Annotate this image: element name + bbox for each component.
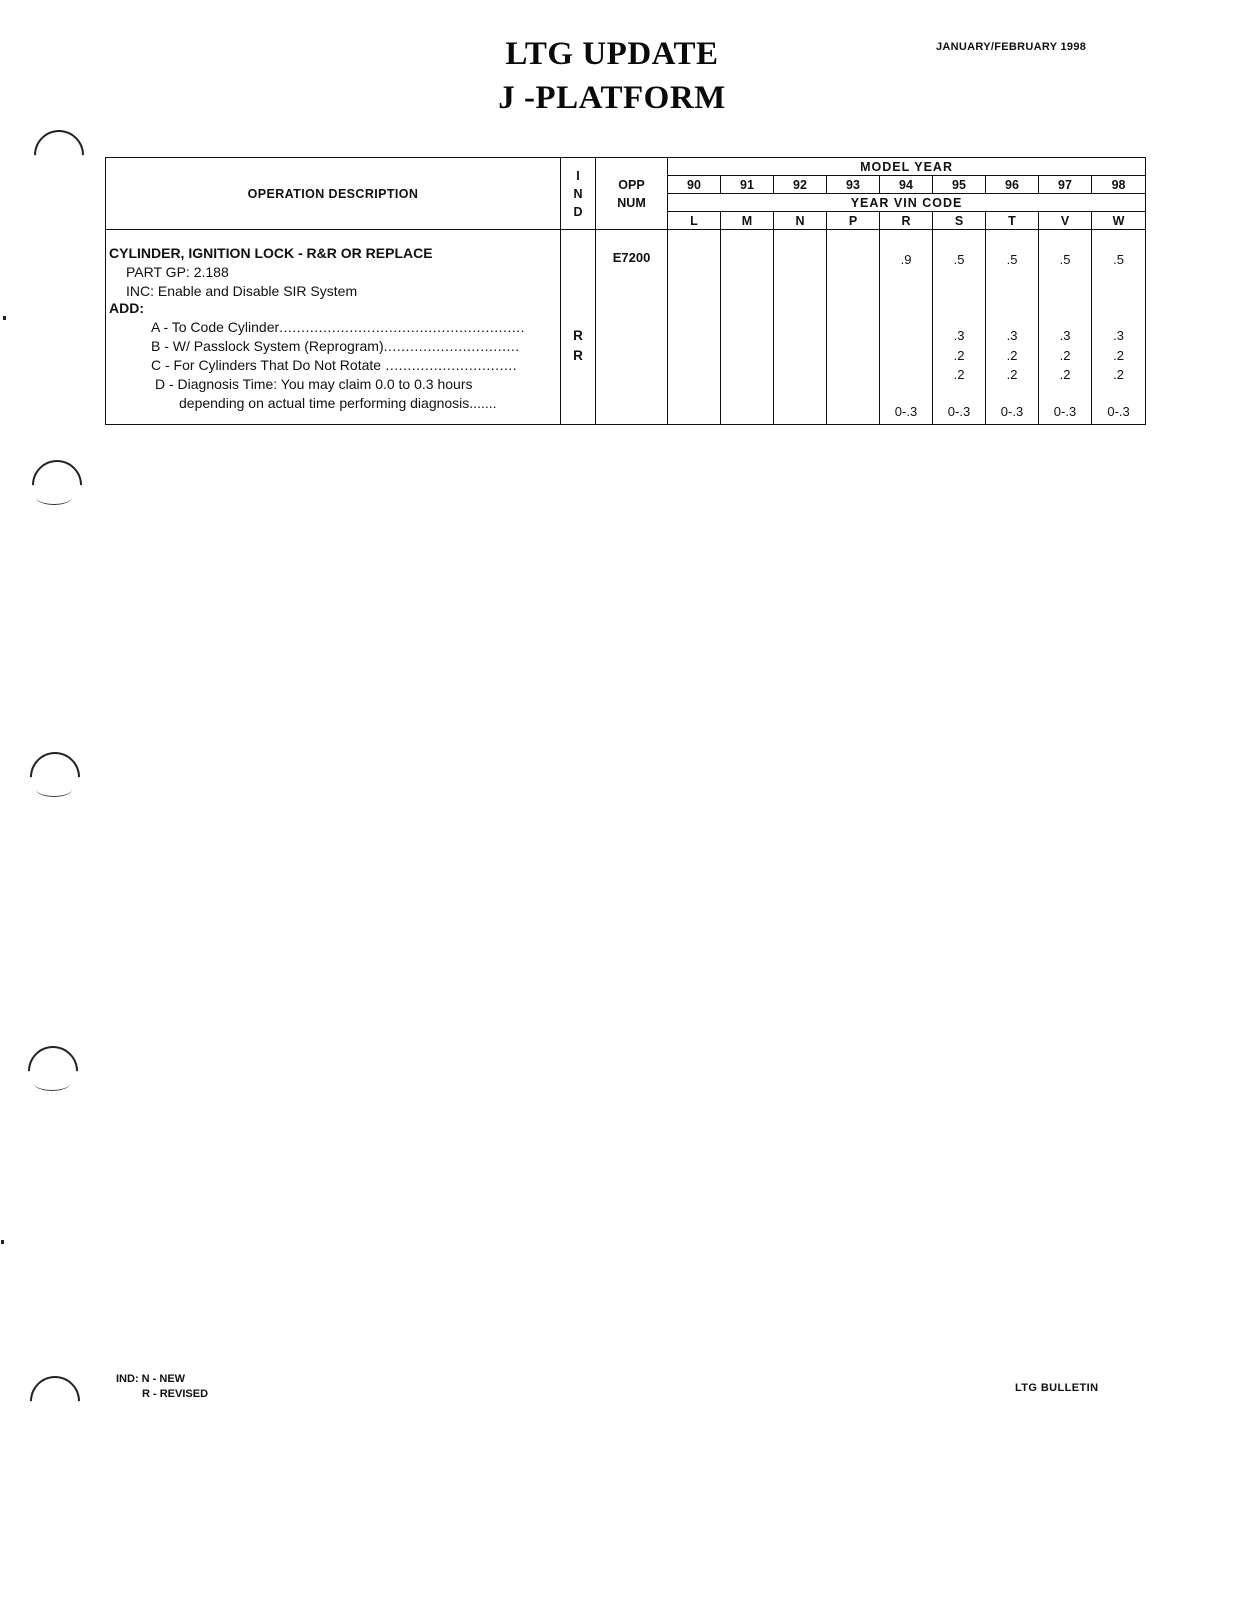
model-year-96: 96 xyxy=(986,176,1039,194)
add-time-value: .2 xyxy=(933,367,985,382)
model-year-91: 91 xyxy=(721,176,774,194)
add-time-value: .3 xyxy=(933,328,985,343)
model-year-97: 97 xyxy=(1039,176,1092,194)
base-time-value: .5 xyxy=(1092,252,1145,267)
part-group: PART GP: 2.188 xyxy=(109,263,560,282)
add-time-value: 0-.3 xyxy=(986,404,1038,419)
binder-hole-mark xyxy=(20,742,91,813)
ind-cell: RR xyxy=(561,230,596,425)
model-year-98: 98 xyxy=(1092,176,1146,194)
vin-code-p: P xyxy=(827,212,880,230)
binder-hole-mark xyxy=(20,1366,91,1437)
vin-code-v: V xyxy=(1039,212,1092,230)
model-year-92: 92 xyxy=(774,176,827,194)
header-year-vin-code: YEAR VIN CODE xyxy=(668,194,1146,212)
year-column-90 xyxy=(668,230,721,425)
add-time-value: .2 xyxy=(986,367,1038,382)
header-opp-num: OPP NUM xyxy=(596,158,668,230)
header-ind: I N D xyxy=(561,158,596,230)
vin-code-w: W xyxy=(1092,212,1146,230)
add-item-c: C - For Cylinders That Do Not Rotate ...… xyxy=(109,356,560,375)
bulletin-label: LTG BULLETIN xyxy=(1015,1382,1098,1394)
header-ind-i: I xyxy=(561,167,595,185)
add-item-d-continued: depending on actual time performing diag… xyxy=(109,394,560,413)
ind-flag: R xyxy=(561,348,595,363)
page-title-line-2: J -PLATFORM xyxy=(0,80,1224,117)
operation-title: CYLINDER, IGNITION LOCK - R&R OR REPLACE xyxy=(109,244,560,263)
model-year-95: 95 xyxy=(933,176,986,194)
binder-hole-mark xyxy=(24,120,95,191)
opp-num-cell: E7200 xyxy=(596,230,668,425)
vin-code-n: N xyxy=(774,212,827,230)
binder-hole-mark xyxy=(34,1076,70,1091)
year-column-92 xyxy=(774,230,827,425)
year-column-91 xyxy=(721,230,774,425)
add-time-value: .3 xyxy=(986,328,1038,343)
header-model-year: MODEL YEAR xyxy=(668,158,1146,176)
add-time-value: .2 xyxy=(1039,348,1091,363)
base-time-value: .5 xyxy=(1039,252,1091,267)
vin-code-r: R xyxy=(880,212,933,230)
add-time-value: .2 xyxy=(1039,367,1091,382)
vin-code-t: T xyxy=(986,212,1039,230)
binder-hole-mark xyxy=(36,490,72,505)
year-column-96: .5.3.2.20-.3 xyxy=(986,230,1039,425)
vin-code-s: S xyxy=(933,212,986,230)
binder-hole-mark xyxy=(18,1036,89,1107)
base-time-value: .5 xyxy=(933,252,985,267)
add-time-value: .2 xyxy=(986,348,1038,363)
year-column-98: .5.3.2.20-.3 xyxy=(1092,230,1146,425)
scan-speck xyxy=(1,1240,4,1244)
labor-time-table: OPERATION DESCRIPTION I N D OPP NUM MODE… xyxy=(105,157,1146,425)
add-item-d: D - Diagnosis Time: You may claim 0.0 to… xyxy=(109,375,560,394)
header-num: NUM xyxy=(596,194,667,212)
model-year-94: 94 xyxy=(880,176,933,194)
year-column-97: .5.3.2.20-.3 xyxy=(1039,230,1092,425)
header-ind-d: D xyxy=(561,203,595,221)
base-time-value: .9 xyxy=(880,252,932,267)
year-column-95: .5.3.2.20-.3 xyxy=(933,230,986,425)
vin-code-l: L xyxy=(668,212,721,230)
base-time-value: .5 xyxy=(986,252,1038,267)
scan-speck xyxy=(3,316,6,320)
binder-hole-mark xyxy=(36,782,72,797)
header-opp: OPP xyxy=(596,176,667,194)
binder-hole-mark xyxy=(22,450,93,521)
add-time-value: 0-.3 xyxy=(880,404,932,419)
model-year-93: 93 xyxy=(827,176,880,194)
add-time-value: 0-.3 xyxy=(1092,404,1145,419)
issue-date: JANUARY/FEBRUARY 1998 xyxy=(936,41,1086,53)
add-item-b: B - W/ Passlock System (Reprogram)......… xyxy=(109,337,560,356)
add-item-a: A - To Code Cylinder....................… xyxy=(109,318,560,337)
operation-description-cell: CYLINDER, IGNITION LOCK - R&R OR REPLACE… xyxy=(106,230,561,425)
add-time-value: .3 xyxy=(1039,328,1091,343)
add-time-value: 0-.3 xyxy=(933,404,985,419)
add-time-value: .2 xyxy=(1092,348,1145,363)
year-column-94: .90-.3 xyxy=(880,230,933,425)
ind-legend: IND: N - NEW R - REVISED xyxy=(116,1372,208,1402)
add-time-value: .3 xyxy=(1092,328,1145,343)
ind-legend-new: IND: N - NEW xyxy=(116,1372,208,1387)
vin-code-m: M xyxy=(721,212,774,230)
add-label: ADD: xyxy=(109,299,560,318)
header-operation-description: OPERATION DESCRIPTION xyxy=(106,158,561,230)
year-column-93 xyxy=(827,230,880,425)
header-ind-n: N xyxy=(561,185,595,203)
ind-flag: R xyxy=(561,328,595,343)
model-year-90: 90 xyxy=(668,176,721,194)
ind-legend-revised: R - REVISED xyxy=(116,1387,208,1402)
add-time-value: .2 xyxy=(933,348,985,363)
opp-num-value: E7200 xyxy=(596,250,667,265)
add-time-value: .2 xyxy=(1092,367,1145,382)
add-time-value: 0-.3 xyxy=(1039,404,1091,419)
